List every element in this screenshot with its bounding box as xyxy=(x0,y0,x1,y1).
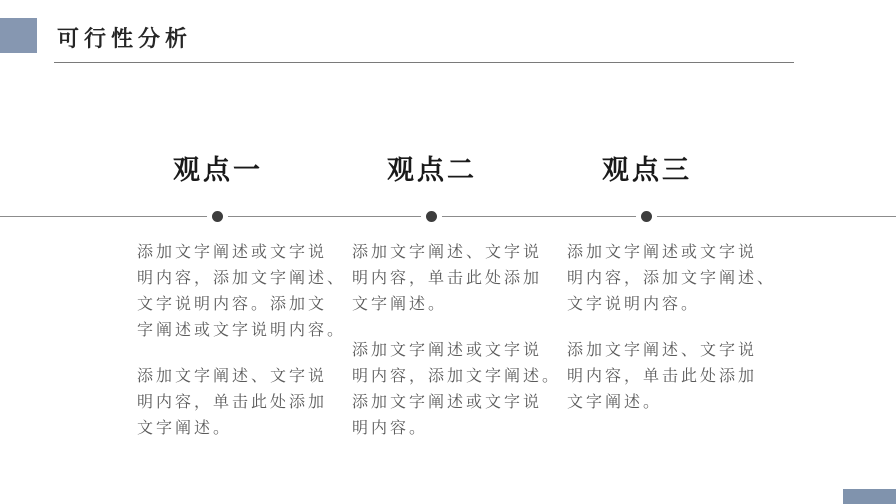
timeline-dot-3 xyxy=(636,206,657,227)
viewpoint-3-body: 添加文字阐述或文字说 明内容，添加文字阐述、 文字说明内容。 添加文字阐述、文字… xyxy=(567,240,782,436)
slide-title: 可行性分析 xyxy=(57,22,192,53)
viewpoint-2-paragraph-2: 添加文字阐述或文字说 明内容，添加文字阐述。 添加文字阐述或文字说 明内容。 xyxy=(352,338,567,442)
title-underline xyxy=(54,62,794,63)
viewpoint-2-paragraph-1: 添加文字阐述、文字说 明内容，单击此处添加 文字阐述。 xyxy=(352,240,567,318)
viewpoint-1-paragraph-2: 添加文字阐述、文字说 明内容，单击此处添加 文字阐述。 xyxy=(137,364,352,442)
viewpoint-2-heading: 观点二 xyxy=(332,148,532,187)
presentation-slide: 可行性分析 观点一 观点二 观点三 添加文字阐述或文字说 明内容，添加文字阐述、… xyxy=(0,0,896,504)
timeline-dot-1 xyxy=(207,206,228,227)
viewpoint-1-body: 添加文字阐述或文字说 明内容，添加文字阐述、 文字说明内容。添加文 字阐述或文字… xyxy=(137,240,352,462)
viewpoint-3-heading: 观点三 xyxy=(547,148,747,187)
timeline-dot-2 xyxy=(421,206,442,227)
viewpoint-2-body: 添加文字阐述、文字说 明内容，单击此处添加 文字阐述。 添加文字阐述或文字说 明… xyxy=(352,240,567,462)
footer-accent-rect xyxy=(843,489,896,504)
viewpoint-1-heading: 观点一 xyxy=(118,148,318,187)
viewpoint-3-paragraph-2: 添加文字阐述、文字说 明内容，单击此处添加 文字阐述。 xyxy=(567,338,782,416)
viewpoint-1-paragraph-1: 添加文字阐述或文字说 明内容，添加文字阐述、 文字说明内容。添加文 字阐述或文字… xyxy=(137,240,352,344)
header-accent-square xyxy=(0,18,37,53)
viewpoint-3-paragraph-1: 添加文字阐述或文字说 明内容，添加文字阐述、 文字说明内容。 xyxy=(567,240,782,318)
timeline-divider-line xyxy=(0,216,896,217)
